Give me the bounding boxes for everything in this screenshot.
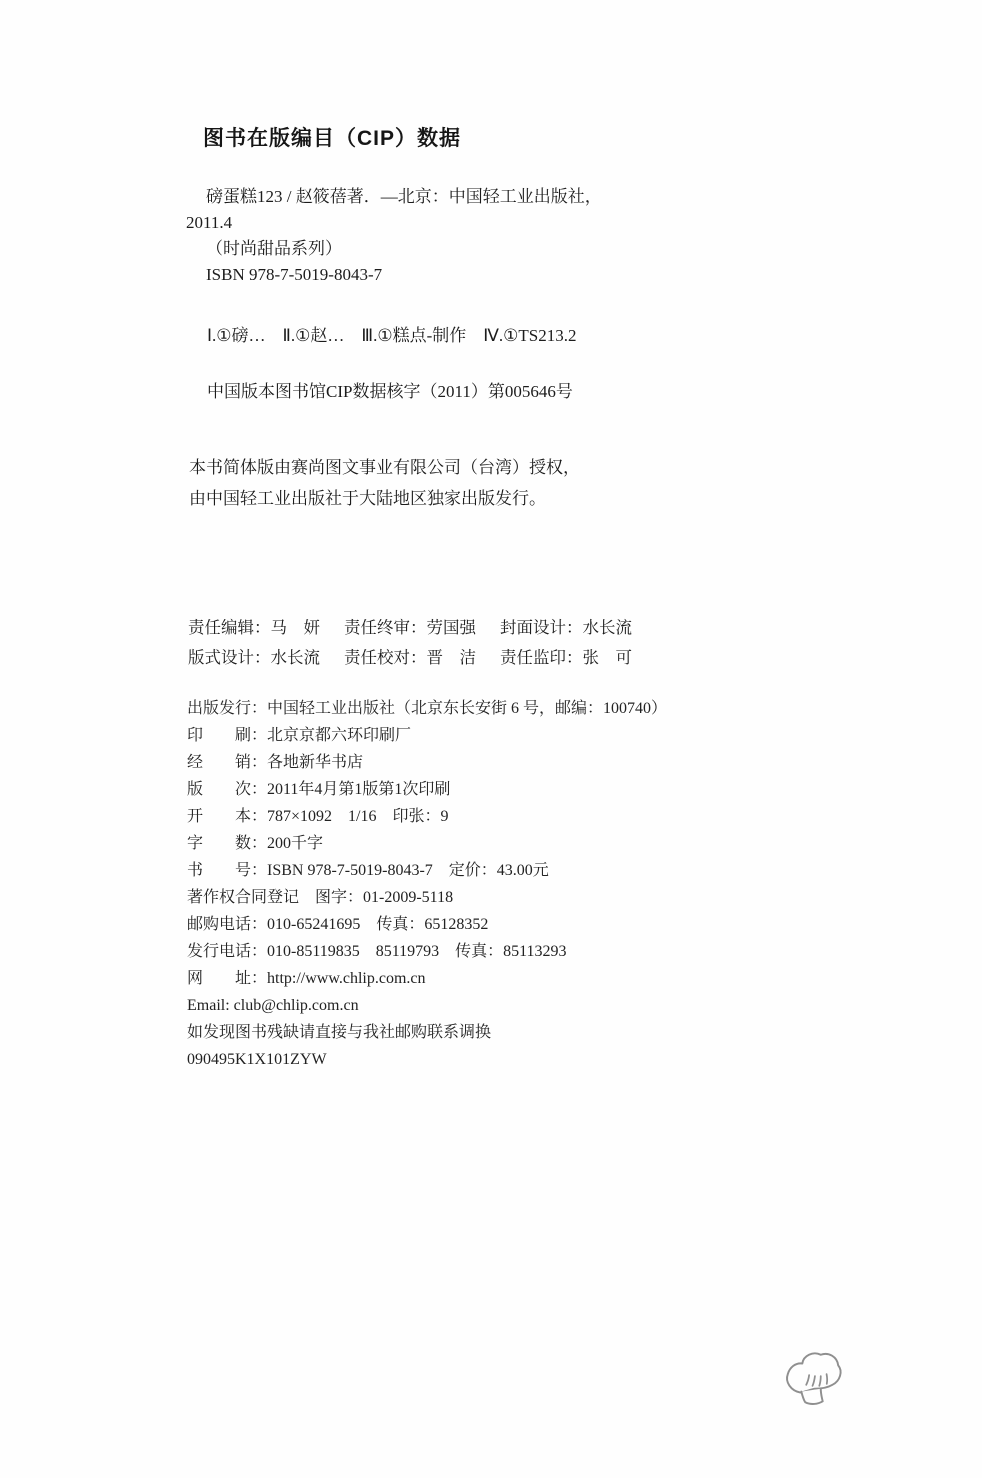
publication-line-distribution-phone: 发行电话：010-85119835 85119793 传真：85113293 <box>187 938 827 965</box>
copyright-page: 图书在版编目（CIP）数据 磅蛋糕123 / 赵筱蓓著．—北京：中国轻工业出版社… <box>0 0 982 1478</box>
credit-item: 版式设计：水长流 <box>188 643 320 673</box>
publication-line-edition: 版 次：2011年4月第1版第1次印刷 <box>187 776 827 803</box>
authorization-line-1: 本书简体版由赛尚图文事业有限公司（台湾）授权， <box>189 452 809 483</box>
cip-isbn-line: ISBN 978-7-5019-8043-7 <box>186 262 786 288</box>
publication-line-copyright-reg: 著作权合同登记 图字：01-2009-5118 <box>187 884 827 911</box>
chef-hat-icon <box>781 1348 845 1410</box>
publication-line-publisher: 出版发行：中国轻工业出版社（北京东长安街 6 号，邮编：100740） <box>187 695 827 722</box>
cip-series-line: （时尚甜品系列） <box>186 236 786 262</box>
publication-line-website: 网 址：http://www.chlip.com.cn <box>187 965 827 992</box>
cip-entry-block: 磅蛋糕123 / 赵筱蓓著．—北京：中国轻工业出版社， 2011.4 （时尚甜品… <box>186 184 786 288</box>
cip-record-line: 中国版本图书馆CIP数据核字（2011）第005646号 <box>207 377 807 402</box>
publication-line-format: 开 本：787×1092 1/16 印张：9 <box>187 803 827 830</box>
credits-row: 责任编辑：马 妍 责任终审：劳国强 封面设计：水长流 <box>188 613 808 643</box>
publication-line-email: Email: club@chlip.com.cn <box>187 992 827 1019</box>
credit-item: 封面设计：水长流 <box>500 613 632 643</box>
credits-row: 版式设计：水长流 责任校对：晋 洁 责任监印：张 可 <box>188 643 808 673</box>
authorization-line-2: 由中国轻工业出版社于大陆地区独家出版发行。 <box>189 483 809 514</box>
credit-item: 责任监印：张 可 <box>500 643 632 673</box>
publication-info-block: 出版发行：中国轻工业出版社（北京东长安街 6 号，邮编：100740） 印 刷：… <box>187 695 827 1073</box>
publication-line-printer: 印 刷：北京京都六环印刷厂 <box>187 722 827 749</box>
credit-item: 责任校对：晋 洁 <box>344 643 476 673</box>
credit-item: 责任终审：劳国强 <box>344 613 476 643</box>
publication-line-mailorder-phone: 邮购电话：010-65241695 传真：65128352 <box>187 911 827 938</box>
cip-header: 图书在版编目（CIP）数据 <box>203 122 461 152</box>
cip-entry-line-1: 磅蛋糕123 / 赵筱蓓著．—北京：中国轻工业出版社， <box>186 184 786 210</box>
publication-line-wordcount: 字 数：200千字 <box>187 830 827 857</box>
publication-line-isbn-price: 书 号：ISBN 978-7-5019-8043-7 定价：43.00元 <box>187 857 827 884</box>
credit-item: 责任编辑：马 妍 <box>188 613 320 643</box>
cip-classification-line: Ⅰ.①磅… Ⅱ.①赵… Ⅲ.①糕点-制作 Ⅳ.①TS213.2 <box>207 321 807 346</box>
publication-line-distributor: 经 销：各地新华书店 <box>187 749 827 776</box>
cip-entry-line-2: 2011.4 <box>186 210 786 236</box>
publication-line-exchange-notice: 如发现图书残缺请直接与我社邮购联系调换 <box>187 1019 827 1046</box>
authorization-note: 本书简体版由赛尚图文事业有限公司（台湾）授权， 由中国轻工业出版社于大陆地区独家… <box>189 452 809 514</box>
credits-block: 责任编辑：马 妍 责任终审：劳国强 封面设计：水长流 版式设计：水长流 责任校对… <box>188 613 808 673</box>
publication-line-product-code: 090495K1X101ZYW <box>187 1046 827 1073</box>
